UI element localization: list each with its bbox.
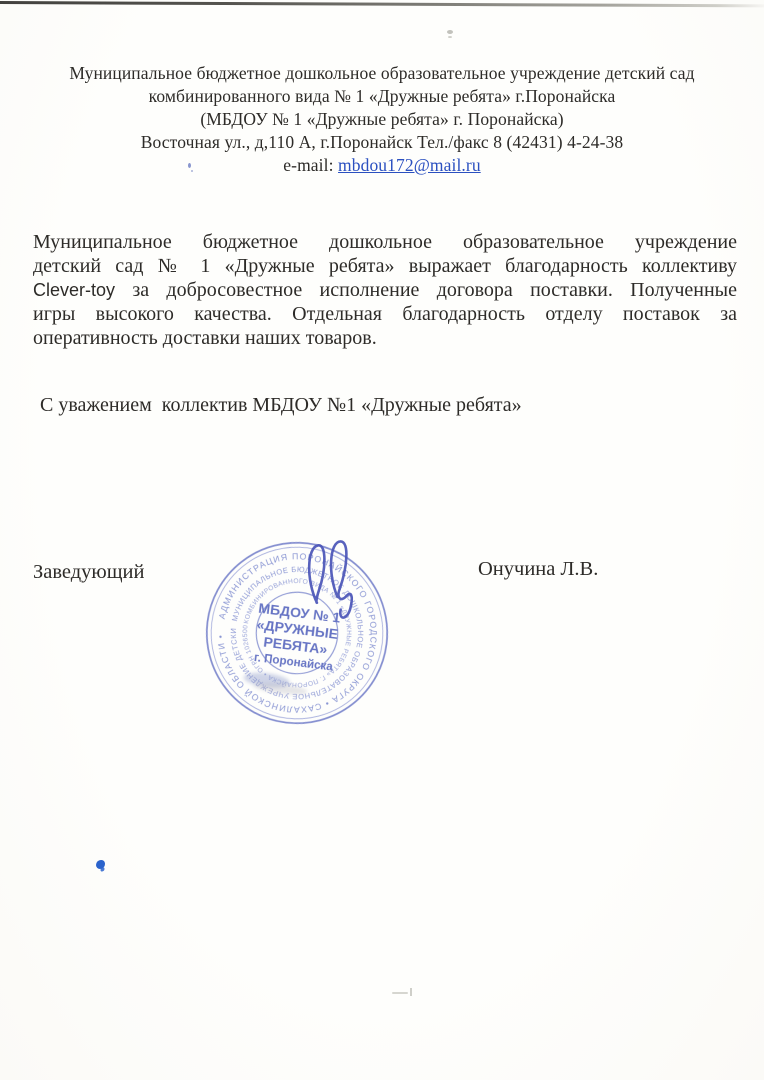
body-line-3: Clever-toy за добросовестное исполнение … (33, 278, 737, 302)
stray-ink-dot (96, 860, 105, 869)
org-short-name: (МБДОУ № 1 «Дружные ребята» г. Поронайск… (0, 108, 764, 131)
org-name-line-1: Муниципальное бюджетное дошкольное образ… (0, 62, 764, 85)
body-line-5: оперативность доставки наших товаров. (33, 326, 737, 350)
closing-regards: С уважением коллектив МБДОУ №1 «Дружные … (40, 394, 522, 417)
letterhead: Муниципальное бюджетное дошкольное образ… (0, 62, 764, 177)
body-line-4: игры высокого качества. Отдельная благод… (33, 302, 737, 326)
supplier-brand-name: Clever-toy (33, 280, 115, 300)
document-page: Муниципальное бюджетное дошкольное образ… (0, 0, 764, 1080)
signer-role: Заведующий (33, 561, 144, 584)
letter-body: Муниципальное бюджетное дошкольное образ… (33, 230, 737, 350)
scan-edge-line (0, 1, 764, 7)
signature-stroke-2 (329, 541, 354, 618)
org-email-line: e-mail: mbdou172@mail.ru (0, 154, 764, 177)
signature-stroke-1 (307, 545, 328, 603)
body-line-3-text: за добросовестное исполнение договора по… (115, 279, 737, 301)
org-address-phone: Восточная ул., д,110 А, г.Поронайск Тел.… (0, 131, 764, 154)
org-name-line-2: комбинированного вида № 1 «Дружные ребят… (0, 85, 764, 108)
scan-speck-bottom (392, 992, 408, 994)
signer-name: Онучина Л.В. (478, 558, 598, 581)
body-line-1: Муниципальное бюджетное дошкольное образ… (33, 230, 737, 254)
scan-speck-blue (188, 163, 191, 168)
scan-speck-top (447, 30, 453, 34)
email-label: e-mail: (283, 155, 338, 175)
body-line-2: детский сад № 1 «Дружные ребята» выражае… (33, 254, 737, 278)
email-link[interactable]: mbdou172@mail.ru (338, 155, 481, 175)
handwritten-signature (300, 533, 372, 627)
